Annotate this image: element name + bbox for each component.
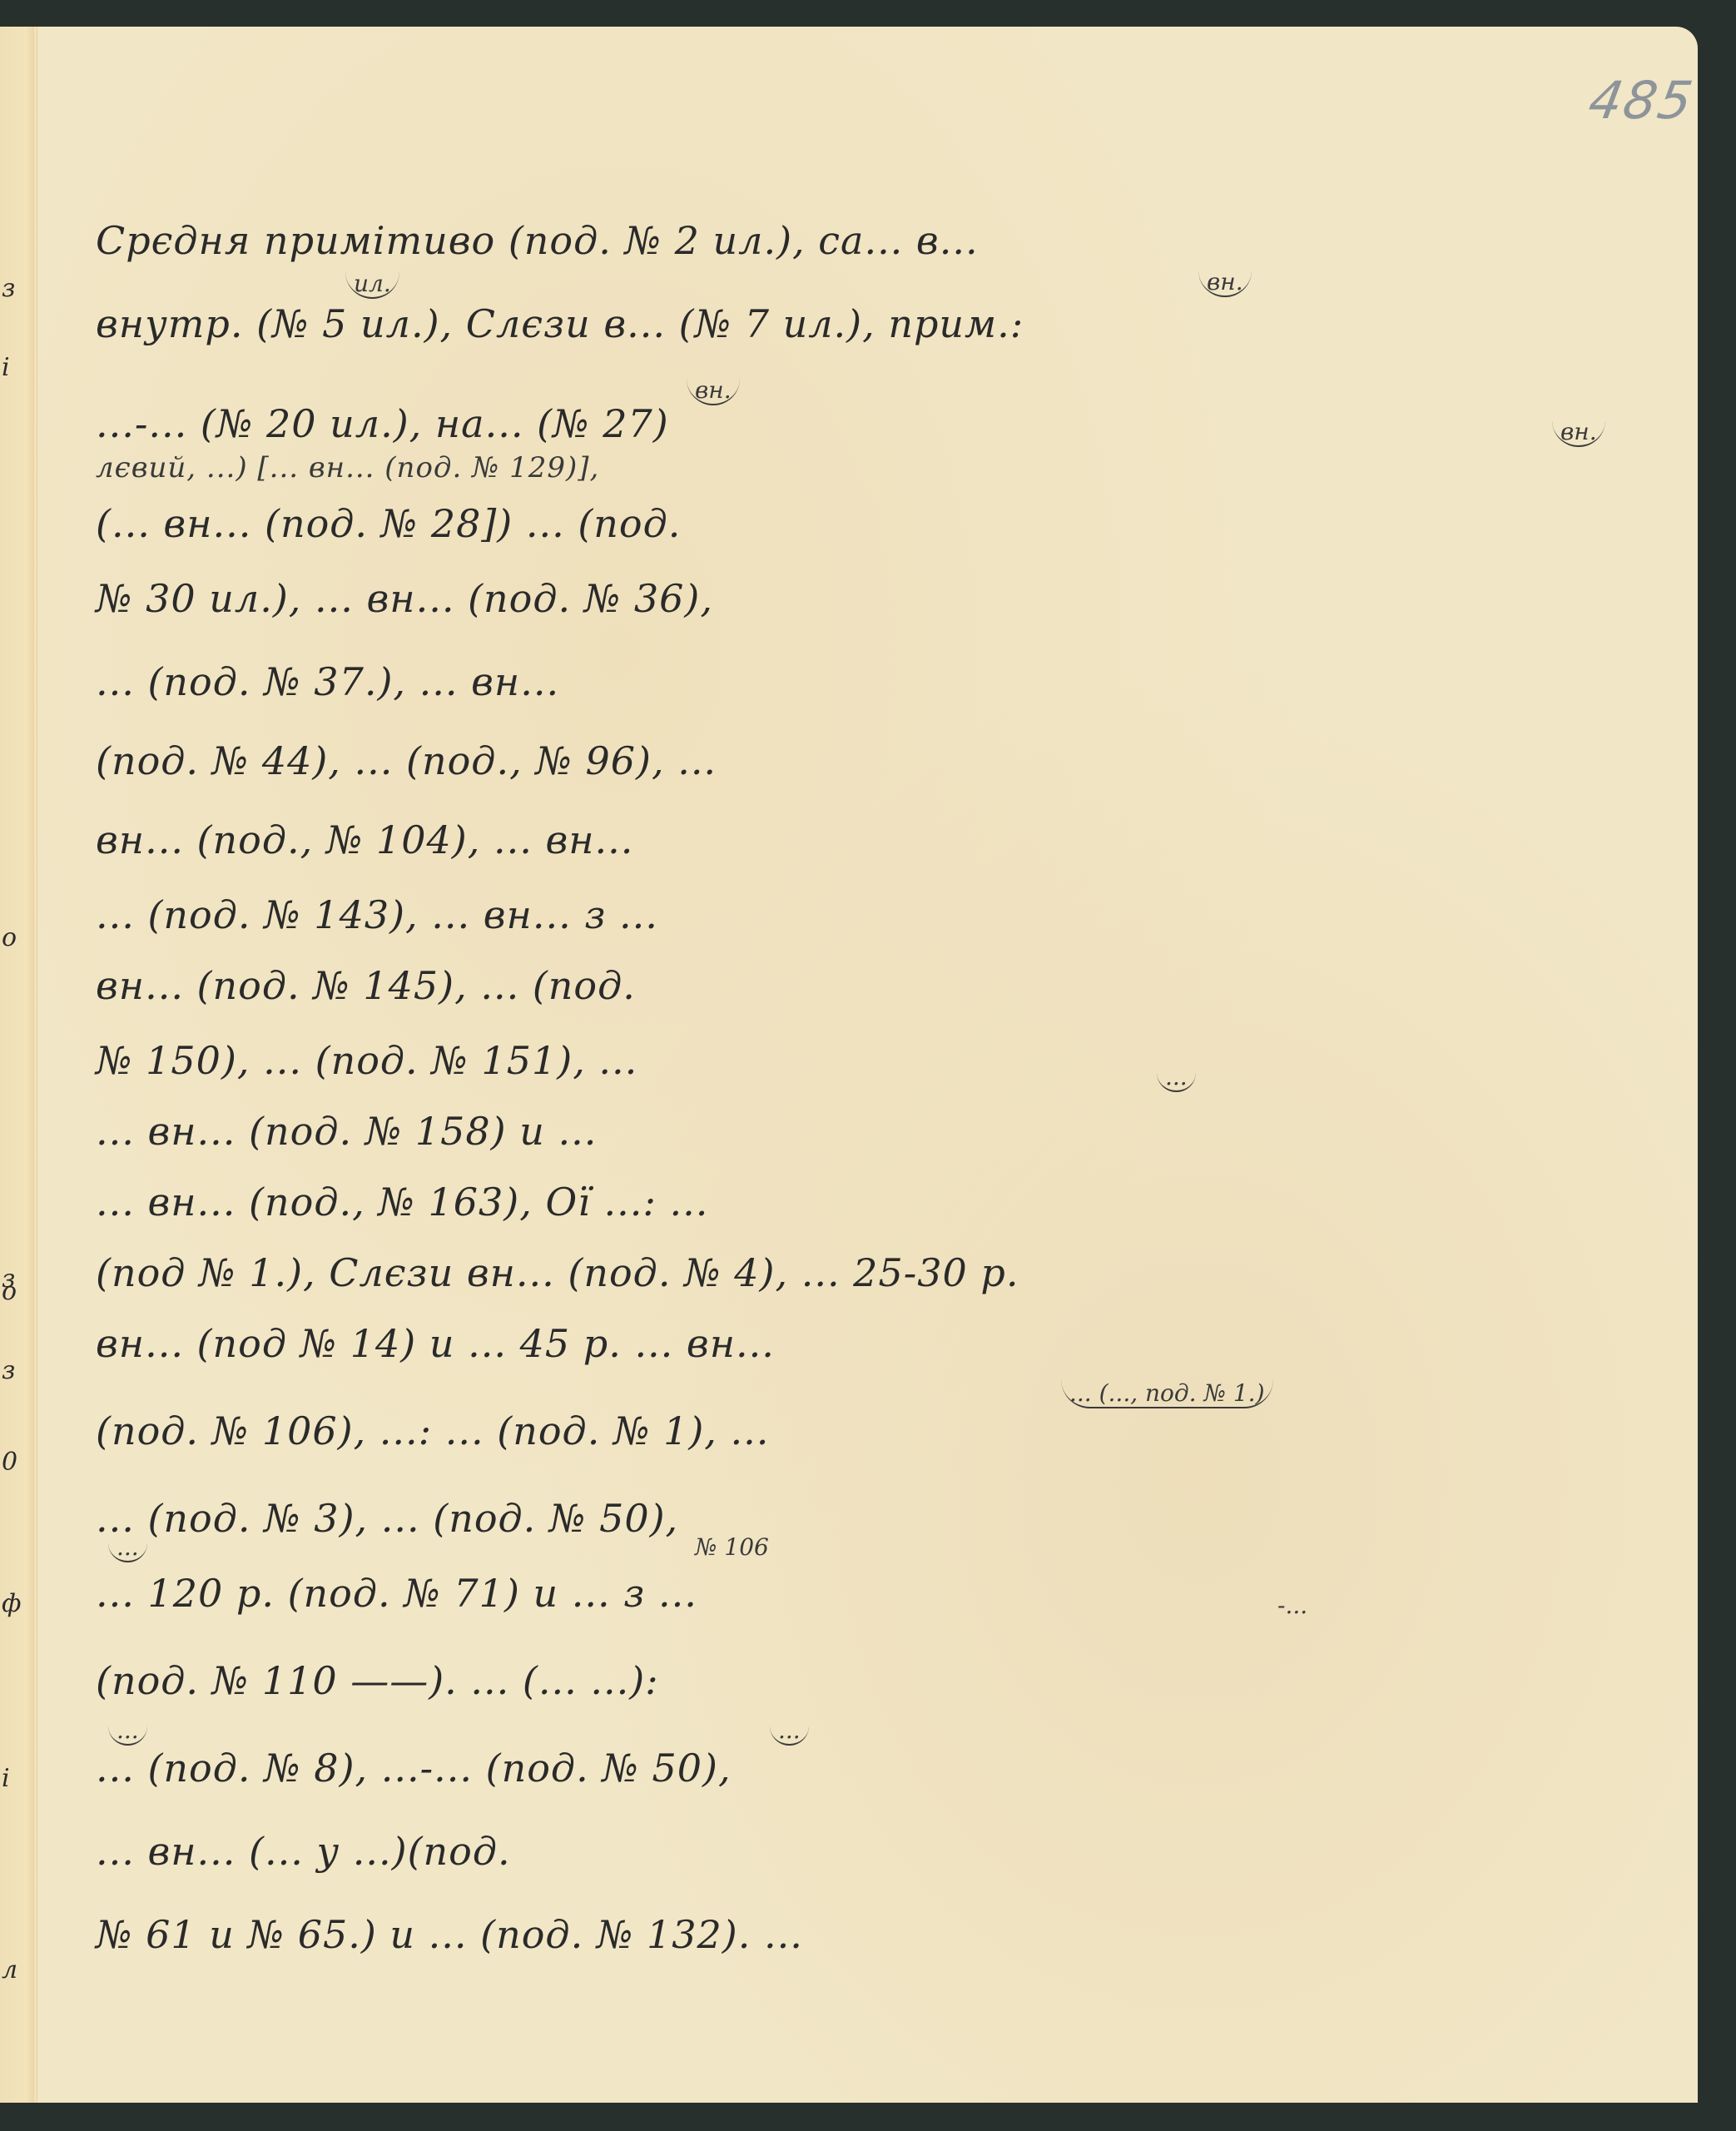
manuscript-line: ... вн... (... у ...)(под. bbox=[96, 1829, 511, 1874]
manuscript-line: (под. № 106), ...: ... (под. № 1), ... bbox=[96, 1408, 769, 1453]
manuscript-line: вн... (под № 14) и ... 45 р. ... вн... bbox=[96, 1321, 775, 1366]
manuscript-line: Срєдня примітиво (под. № 2 ил.), са... в… bbox=[96, 218, 979, 263]
interlinear-insert: ... bbox=[108, 1716, 147, 1746]
manuscript-line: ... вн... (под. № 158) и ... bbox=[96, 1109, 597, 1154]
interlinear-insert: вн. bbox=[687, 376, 740, 405]
manuscript-line: ... (под. № 143), ... вн... з ... bbox=[96, 892, 658, 937]
manuscript-line: ... вн... (под., № 163), Ої ...: ... bbox=[96, 1180, 708, 1224]
manuscript-line: (под. № 110 ——). ... (... ...): bbox=[96, 1658, 659, 1703]
manuscript-line: вн... (под., № 104), ... вн... bbox=[96, 817, 633, 862]
manuscript-line: (под № 1.), Слєзи вн... (под. № 4), ... … bbox=[96, 1250, 1019, 1295]
manuscript-line: внутр. (№ 5 ил.), Слєзи в... (№ 7 ил.), … bbox=[96, 301, 1024, 346]
interlinear-insert: № 106 bbox=[695, 1533, 769, 1561]
manuscript-line: ... (под. № 3), ... (под. № 50), bbox=[96, 1496, 678, 1541]
manuscript-line: ... (под. № 37.), ... вн... bbox=[96, 659, 559, 704]
interlinear-insert: ... bbox=[108, 1533, 147, 1562]
manuscript-line: (под. № 44), ... (под., № 96), ... bbox=[96, 738, 717, 783]
manuscript-page: 485 Срєдня примітиво (под. № 2 ил.), са.… bbox=[37, 27, 1698, 2103]
manuscript-line: (... вн... (под. № 28]) ... (под. bbox=[96, 501, 681, 546]
interlinear-insert: ... bbox=[770, 1716, 809, 1746]
interlinear-insert: вн. bbox=[1198, 268, 1252, 297]
manuscript-line: ... 120 р. (под. № 71) и ... з ... bbox=[96, 1571, 697, 1616]
previous-page-edge: з і о з о з 0 ф і л bbox=[0, 27, 37, 2103]
bleed-through-char: з bbox=[2, 276, 15, 301]
bleed-through-char: і bbox=[2, 1766, 10, 1791]
interlinear-insert: -... bbox=[1277, 1592, 1307, 1619]
interlinear-insert: ил. bbox=[345, 270, 399, 299]
bleed-through-char: ф bbox=[2, 1592, 21, 1617]
interlinear-insert: ... bbox=[1157, 1063, 1196, 1092]
manuscript-line: ...-... (№ 20 ил.), на... (№ 27) bbox=[96, 401, 669, 446]
manuscript-line: № 30 ил.), ... вн... (под. № 36), bbox=[96, 576, 713, 621]
interlinear-insert: вн. bbox=[1552, 418, 1605, 447]
bleed-through-char: о bbox=[2, 1279, 17, 1304]
manuscript-line: ... (под. № 8), ...-... (под. № 50), bbox=[96, 1746, 732, 1791]
bleed-through-char: і bbox=[2, 355, 10, 380]
manuscript-line: вн... (под. № 145), ... (под. bbox=[96, 963, 636, 1008]
manuscript-line: № 61 и № 65.) и ... (под. № 132). ... bbox=[96, 1912, 803, 1957]
manuscript-line: № 150), ... (под. № 151), ... bbox=[96, 1038, 637, 1083]
bleed-through-char: 0 bbox=[2, 1450, 17, 1475]
bleed-through-char: о bbox=[2, 926, 17, 951]
interlinear-insert: ... (..., под. № 1.) bbox=[1061, 1379, 1273, 1408]
bleed-through-char: з bbox=[2, 1359, 15, 1383]
bleed-through-char: л bbox=[2, 1958, 17, 1983]
folio-number: 485 bbox=[1585, 70, 1699, 131]
manuscript-line: лєвий, ...) [... вн... (под. № 129)], bbox=[96, 451, 599, 484]
